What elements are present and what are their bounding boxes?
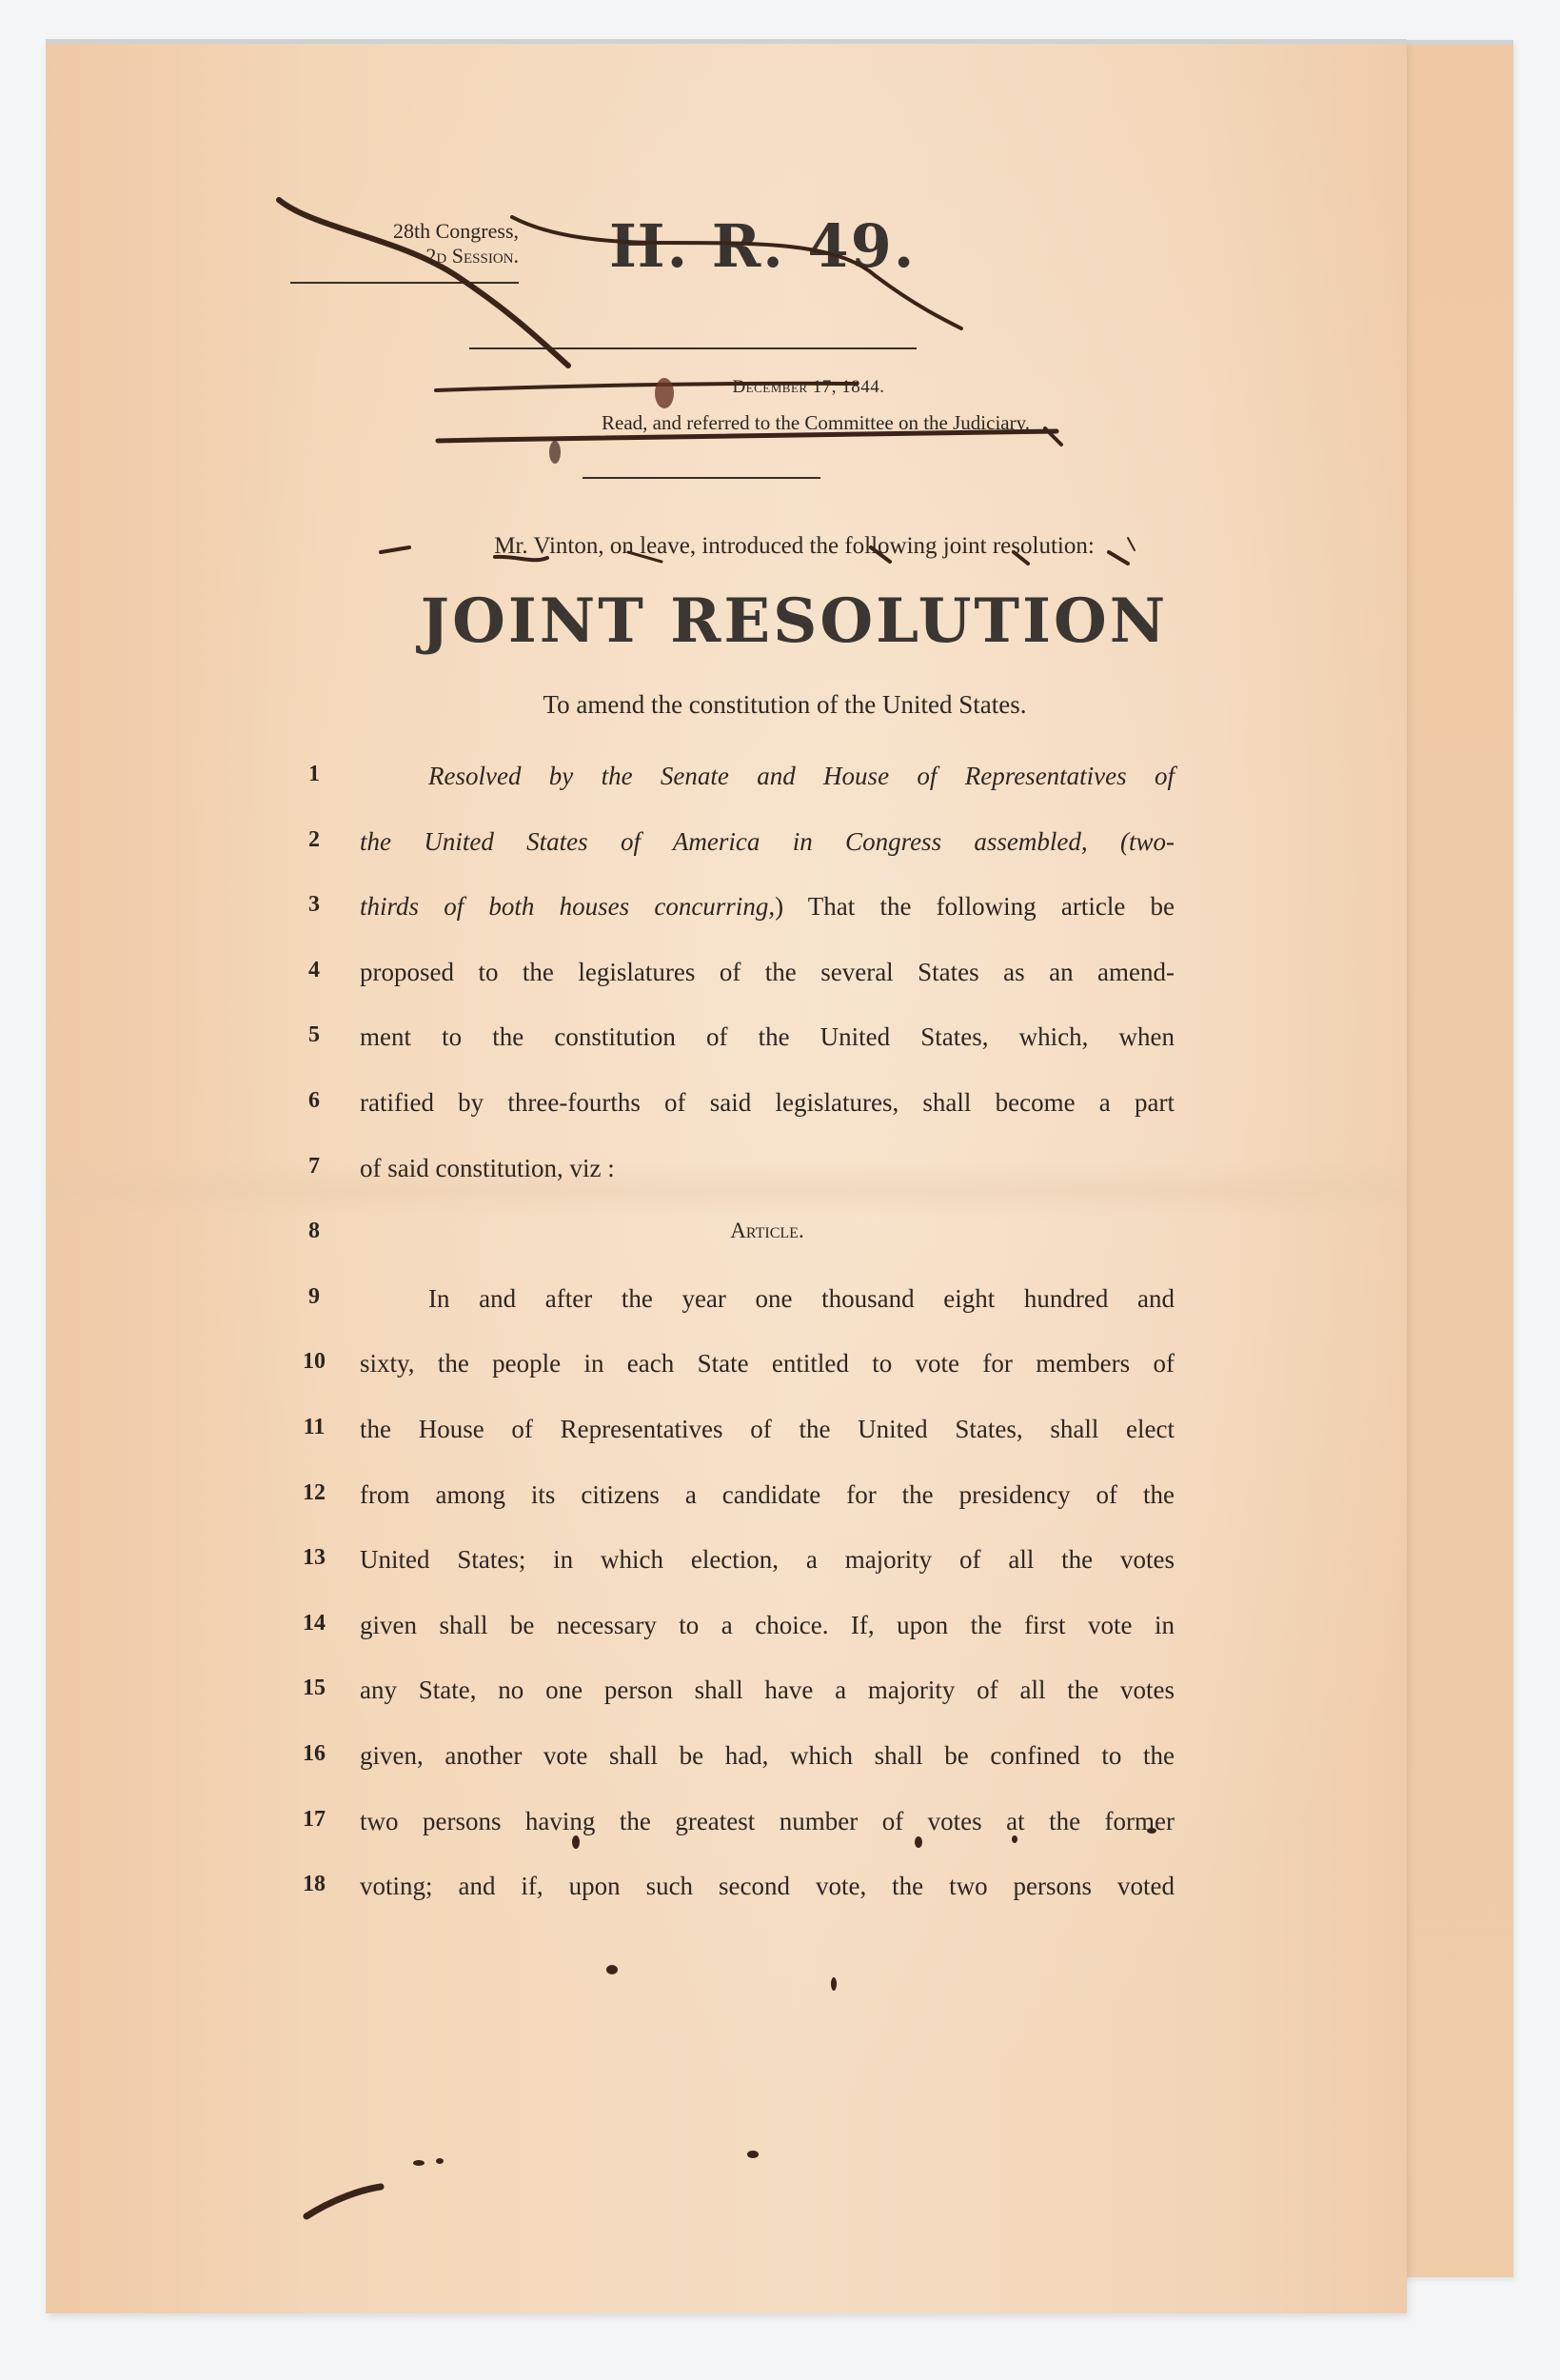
line-number: 13 bbox=[295, 1545, 333, 1571]
section-rule bbox=[583, 477, 820, 479]
line-text: ratified by three-fourths of said legisl… bbox=[360, 1088, 1175, 1118]
line-text: thirds of both houses concurring,) That … bbox=[360, 892, 1175, 922]
line-number: 3 bbox=[295, 892, 333, 918]
line-text: given shall be necessary to a choice. If… bbox=[360, 1611, 1175, 1640]
line-text: United States; in which election, a majo… bbox=[360, 1545, 1175, 1575]
document-subtitle: To amend the constitution of the United … bbox=[0, 690, 1560, 720]
line-number: 15 bbox=[295, 1676, 333, 1701]
line-number: 8 bbox=[295, 1219, 333, 1244]
resolution-line: 6ratified by three-fourths of said legis… bbox=[0, 1088, 1560, 1126]
resolution-line: 5ment to the constitution of the United … bbox=[0, 1022, 1560, 1061]
introduction-line: Mr. Vinton, on leave, introduced the fol… bbox=[0, 533, 1560, 560]
congress-rule bbox=[290, 282, 519, 284]
resolution-line: 13United States; in which election, a ma… bbox=[0, 1545, 1560, 1583]
line-number: 7 bbox=[295, 1154, 333, 1180]
resolution-line: 16given, another vote shall be had, whic… bbox=[0, 1741, 1560, 1779]
line-number: 1 bbox=[295, 762, 333, 787]
resolution-line: 7of said constitution, viz : bbox=[0, 1154, 1560, 1192]
congress-line: 28th Congress, bbox=[290, 219, 519, 244]
line-text: sixty, the people in each State entitled… bbox=[360, 1349, 1175, 1378]
resolution-line: 9In and after the year one thousand eigh… bbox=[0, 1284, 1560, 1322]
line-text: of said constitution, viz : bbox=[360, 1154, 1175, 1183]
resolution-line: 17two persons having the greatest number… bbox=[0, 1807, 1560, 1845]
line-text: Resolved by the Senate and House of Repr… bbox=[428, 762, 1175, 791]
resolution-line: 14given shall be necessary to a choice. … bbox=[0, 1611, 1560, 1649]
line-number: 6 bbox=[295, 1088, 333, 1114]
resolution-line: 12from among its citizens a candidate fo… bbox=[0, 1480, 1560, 1518]
resolution-line: 3thirds of both houses concurring,) That… bbox=[0, 892, 1560, 930]
document-title: JOINT RESOLUTION bbox=[0, 585, 1560, 657]
line-text: two persons having the greatest number o… bbox=[360, 1807, 1175, 1836]
line-number: 16 bbox=[295, 1741, 333, 1767]
line-number: 12 bbox=[295, 1480, 333, 1506]
line-number: 17 bbox=[295, 1807, 333, 1833]
line-number: 9 bbox=[295, 1284, 333, 1310]
line-number: 10 bbox=[295, 1349, 333, 1375]
line-text: the House of Representatives of the Unit… bbox=[360, 1415, 1175, 1444]
session-line: 2d Session. bbox=[290, 244, 519, 268]
line-text: Article. bbox=[360, 1219, 1175, 1243]
resolution-line: 8Article. bbox=[0, 1219, 1560, 1257]
line-number: 5 bbox=[295, 1022, 333, 1048]
resolution-line: 18voting; and if, upon such second vote,… bbox=[0, 1872, 1560, 1910]
line-number: 18 bbox=[295, 1872, 333, 1897]
line-text: proposed to the legislatures of the seve… bbox=[360, 958, 1175, 987]
resolution-line: 1Resolved by the Senate and House of Rep… bbox=[0, 762, 1560, 800]
resolution-line: 10sixty, the people in each State entitl… bbox=[0, 1349, 1560, 1387]
line-number: 14 bbox=[295, 1611, 333, 1636]
bill-date: December 17, 1844. bbox=[0, 377, 1560, 398]
line-text: ment to the constitution of the United S… bbox=[360, 1022, 1175, 1052]
referral-note: Read, and referred to the Committee on t… bbox=[0, 411, 1560, 435]
resolution-line: 2the United States of America in Congres… bbox=[0, 827, 1560, 865]
resolution-line: 15any State, no one person shall have a … bbox=[0, 1676, 1560, 1714]
congress-session-label: 28th Congress, 2d Session. bbox=[290, 219, 519, 268]
resolution-line: 11the House of Representatives of the Un… bbox=[0, 1415, 1560, 1453]
resolution-line: 4proposed to the legislatures of the sev… bbox=[0, 958, 1560, 996]
line-text: voting; and if, upon such second vote, t… bbox=[360, 1872, 1175, 1901]
line-number: 4 bbox=[295, 958, 333, 983]
bill-number: H. R. 49. bbox=[609, 211, 916, 281]
line-text: from among its citizens a candidate for … bbox=[360, 1480, 1175, 1510]
line-text: any State, no one person shall have a ma… bbox=[360, 1676, 1175, 1705]
line-text: given, another vote shall be had, which … bbox=[360, 1741, 1175, 1771]
line-number: 2 bbox=[295, 827, 333, 853]
header-rule bbox=[469, 347, 917, 349]
line-text: In and after the year one thousand eight… bbox=[428, 1284, 1175, 1314]
line-text: the United States of America in Congress… bbox=[360, 827, 1175, 857]
line-number: 11 bbox=[295, 1415, 333, 1440]
